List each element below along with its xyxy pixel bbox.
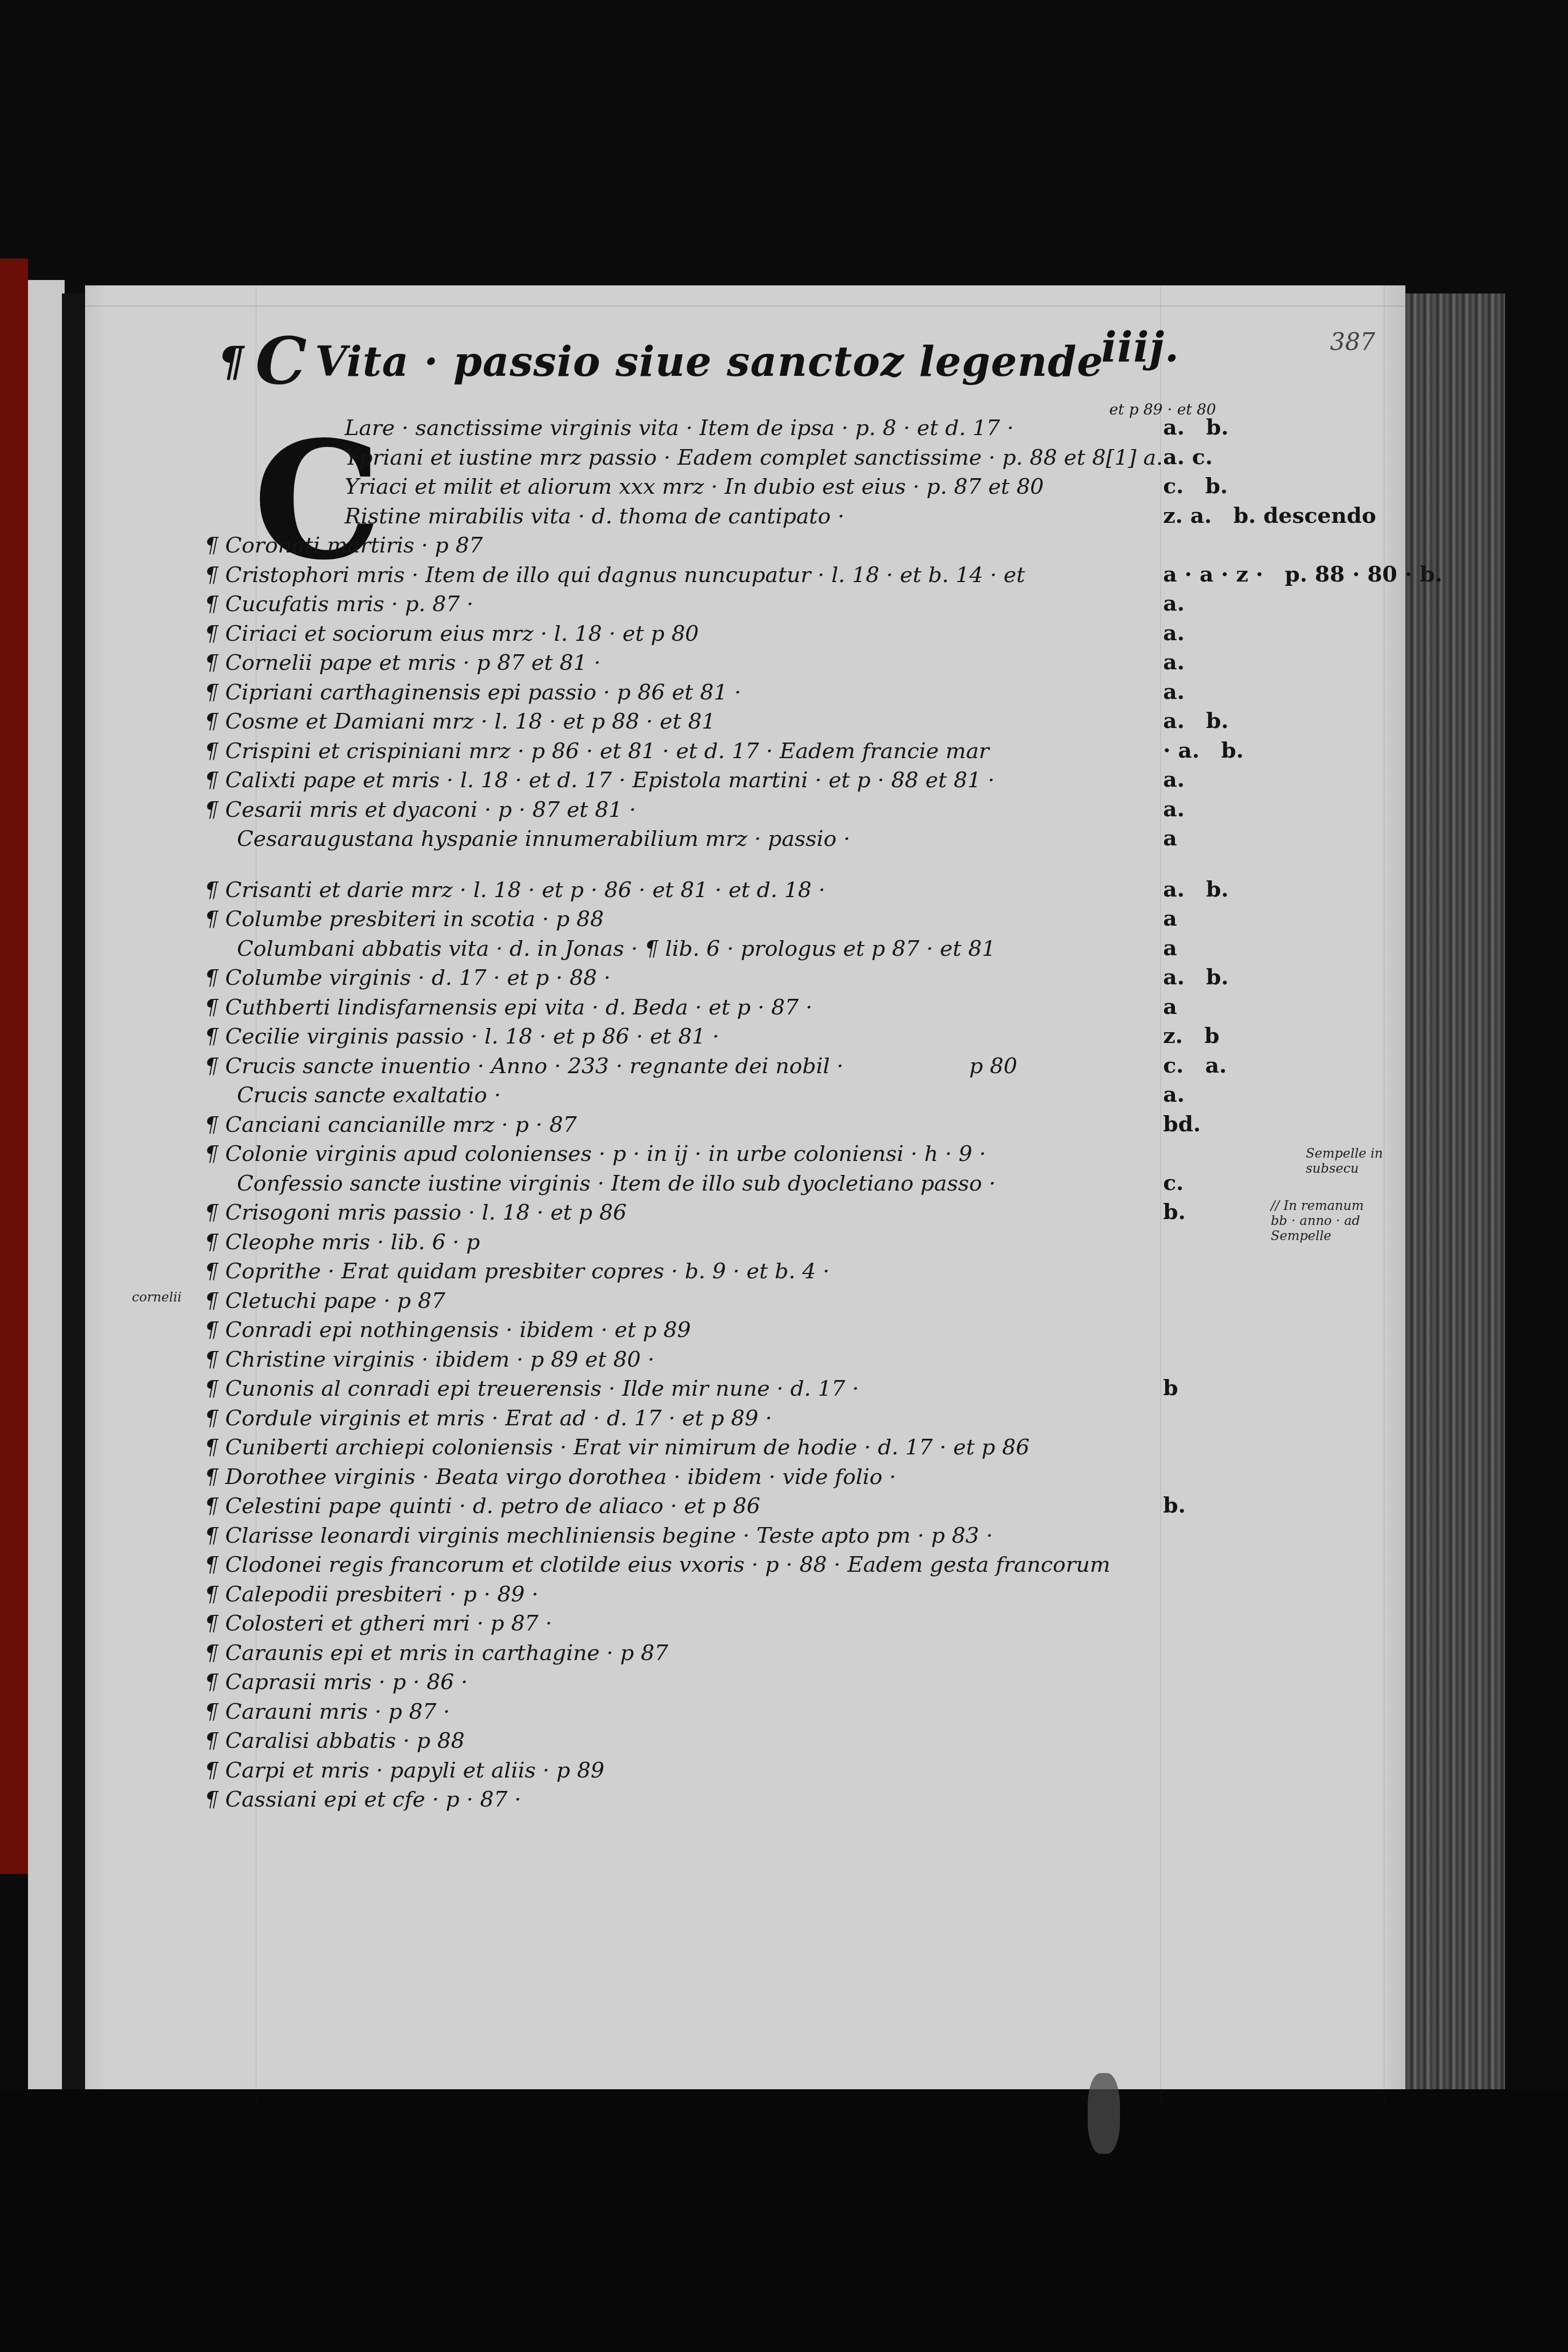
list-item: ¶ Celestini pape quinti · d. petro de al…	[205, 1493, 760, 1520]
list-item: ¶ Cipriani carthaginensis epi passio · p…	[205, 679, 741, 706]
margin-mark: z.b	[1163, 1023, 1220, 1048]
margin-mark: a.	[1163, 649, 1185, 675]
entry-text: ¶ Conradi epi nothingensis · ibidem · et…	[205, 1318, 691, 1342]
entry-text: ¶ Cornelii pape et mris · p 87 et 81 ·	[205, 650, 601, 675]
mark-letter: a.	[1163, 708, 1185, 733]
ruling-line-right	[1384, 285, 1384, 2105]
list-item: ¶ Calepodii presbiteri · p · 89 ·	[205, 1581, 538, 1608]
mark-extra: a.	[1205, 1053, 1227, 1078]
entry-text: ¶ Colonie virginis apud colonienses · p …	[205, 1142, 986, 1166]
entry-text: ¶ Canciani cancianille mrz · p · 87	[205, 1112, 577, 1137]
list-item: Cesaraugustana hyspanie innumerabilium m…	[237, 825, 850, 852]
list-item: ¶ Cesarii mris et dyaconi · p · 87 et 81…	[205, 796, 636, 823]
mark-letter: a · a · z ·	[1163, 562, 1263, 587]
list-item: ¶ Caprasii mris · p · 86 ·	[205, 1669, 468, 1696]
entry-text: ¶ Crisanti et darie mrz · l. 18 · et p ·…	[205, 878, 825, 902]
list-item: ¶ Ciriaci et sociorum eius mrz · l. 18 ·…	[205, 620, 699, 647]
entry-text: ¶ Celestini pape quinti · d. petro de al…	[205, 1494, 760, 1518]
entry-text: ¶ Cristophori mris · Item de illo qui da…	[205, 563, 1025, 587]
margin-mark: b	[1163, 1375, 1178, 1401]
heading-initial: C	[255, 323, 307, 399]
mark-letter: b.	[1163, 1199, 1186, 1224]
margin-mark: a.	[1163, 620, 1185, 646]
list-item: ¶ Crisogoni mris passio · l. 18 · et p 8…	[205, 1199, 627, 1226]
margin-mark: c.	[1163, 1170, 1184, 1195]
entry-text: ¶ Clarisse leonardi virginis mechliniens…	[205, 1523, 993, 1548]
list-item: Crucis sancte exaltatio ·	[237, 1082, 501, 1109]
entry-text: Ypriani et iustine mrz passio · Eadem co…	[345, 445, 1163, 470]
entry-text: ¶ Cletuchi pape · p 87	[205, 1289, 445, 1313]
mark-letter: c.	[1163, 1170, 1184, 1195]
entry-text: ¶ Caprasii mris · p · 86 ·	[205, 1670, 468, 1695]
mark-extra: b.	[1206, 708, 1229, 733]
page-heading: ¶CVita · passio siue sanctoz legende iii…	[218, 323, 1103, 399]
margin-mark: a	[1163, 825, 1177, 851]
list-item: ¶ Clodonei regis francorum et clotilde e…	[205, 1551, 1110, 1578]
list-item: ¶ Clarisse leonardi virginis mechliniens…	[205, 1522, 993, 1549]
list-item: ¶ Cristophori mris · Item de illo qui da…	[205, 562, 1025, 589]
ink-stain	[1088, 2073, 1120, 2154]
mark-letter: a.	[1163, 591, 1185, 616]
list-item: Ristine mirabilis vita · d. thoma de can…	[345, 503, 844, 530]
margin-mark: a.	[1163, 679, 1185, 704]
mark-extra: b.	[1206, 415, 1229, 440]
entry-text: ¶ Crisogoni mris passio · l. 18 · et p 8…	[205, 1200, 627, 1225]
mark-extra: b.	[1205, 473, 1228, 499]
entry-text: ¶ Caralisi abbatis · p 88	[205, 1728, 465, 1753]
entry-text: Cesaraugustana hyspanie innumerabilium m…	[237, 827, 850, 851]
mark-letter: a.	[1163, 877, 1185, 902]
margin-mark: a.	[1163, 591, 1185, 616]
mark-letter: c.	[1163, 473, 1184, 499]
list-item: Columbani abbatis vita · d. in Jonas · ¶…	[237, 935, 996, 962]
entry-text: ¶ Calixti pape et mris · l. 18 · et d. 1…	[205, 768, 995, 793]
margin-mark: a.	[1163, 1082, 1185, 1107]
entry-text: ¶ Dorothee virginis · Beata virgo doroth…	[205, 1465, 896, 1489]
list-item: ¶ Dorothee virginis · Beata virgo doroth…	[205, 1464, 896, 1490]
list-item: Lare · sanctissime virginis vita · Item …	[345, 415, 1014, 442]
mark-letter: b	[1163, 1375, 1178, 1401]
entry-text: ¶ Caraunis epi et mris in carthagine · p…	[205, 1641, 668, 1665]
list-item: ¶ Calixti pape et mris · l. 18 · et d. 1…	[205, 767, 995, 794]
list-item: ¶ Carauni mris · p 87 ·	[205, 1698, 450, 1725]
list-item: ¶ Cornelii pape et mris · p 87 et 81 ·	[205, 649, 601, 676]
mark-letter: a	[1163, 935, 1177, 961]
margin-mark: b.	[1163, 1493, 1186, 1518]
entry-text: ¶ Crispini et crispiniani mrz · p 86 · e…	[205, 739, 989, 764]
list-item: Yriaci et milit et aliorum xxx mrz · In …	[345, 473, 1044, 500]
mark-extra: p. 88 · 80 · b.	[1285, 562, 1443, 587]
entry-text: ¶ Cucufatis mris · p. 87 ·	[205, 592, 473, 617]
mark-letter: a.	[1163, 415, 1185, 440]
list-item: ¶ Columbe virginis · d. 17 · et p · 88 ·	[205, 964, 611, 991]
margin-mark: c.a.	[1163, 1053, 1227, 1078]
list-item: ¶ Christine virginis · ibidem · p 89 et …	[205, 1346, 654, 1373]
entry-text: Lare · sanctissime virginis vita · Item …	[345, 416, 1014, 440]
mark-letter: a	[1163, 906, 1177, 931]
entry-text: ¶ Cuniberti archiepi coloniensis · Erat …	[205, 1435, 1030, 1460]
mark-letter: b.	[1163, 1493, 1186, 1518]
entry-text: ¶ Ciriaci et sociorum eius mrz · l. 18 ·…	[205, 621, 699, 646]
list-item: ¶ Carpi et mris · papyli et aliis · p 89	[205, 1757, 604, 1784]
list-item: Confessio sancte iustine virginis · Item…	[237, 1170, 996, 1197]
list-item: ¶ Cordule virginis et mris · Erat ad · d…	[205, 1405, 772, 1432]
red-cover-edge	[0, 258, 28, 1874]
list-item: ¶ Crucis sancte inuentio · Anno · 233 · …	[205, 1053, 844, 1080]
mark-letter: a.	[1163, 620, 1185, 646]
mark-extra: b.	[1206, 877, 1229, 902]
binding-gutter	[62, 293, 86, 2103]
list-item: ¶ Crisanti et darie mrz · l. 18 · et p ·…	[205, 877, 825, 904]
list-item: ¶ Colonie virginis apud colonienses · p …	[205, 1140, 986, 1167]
list-item: ¶ Canciani cancianille mrz · p · 87	[205, 1111, 577, 1138]
mark-letter: a. c.	[1163, 444, 1213, 470]
folio-number: 387	[1330, 328, 1375, 356]
entry-text: Confessio sancte iustine virginis · Item…	[237, 1171, 996, 1196]
margin-mark: z. a.b. descendo	[1163, 503, 1376, 528]
mark-letter: a	[1163, 994, 1177, 1019]
entry-text: ¶ Cecilie virginis passio · l. 18 · et p…	[205, 1024, 719, 1049]
entry-text: ¶ Carauni mris · p 87 ·	[205, 1699, 450, 1724]
list-item: ¶ Cunonis al conradi epi treuerensis · I…	[205, 1375, 859, 1402]
entry-text: ¶ Columbe presbiteri in scotia · p 88	[205, 907, 604, 932]
entry-text: ¶ Clodonei regis francorum et clotilde e…	[205, 1552, 1110, 1577]
list-item: ¶ Cucufatis mris · p. 87 ·	[205, 591, 473, 618]
mark-extra: b.	[1221, 738, 1244, 763]
list-item: ¶ Cletuchi pape · p 87	[205, 1287, 445, 1314]
dark-background	[0, 2089, 1568, 2352]
entry-text: ¶ Cesarii mris et dyaconi · p · 87 et 81…	[205, 797, 636, 822]
mark-letter: c.	[1163, 1053, 1184, 1078]
mark-letter: a.	[1163, 679, 1185, 704]
list-item: ¶ Caraunis epi et mris in carthagine · p…	[205, 1640, 668, 1667]
list-item: ¶ Cosme et Damiani mrz · l. 18 · et p 88…	[205, 708, 716, 735]
margin-mark: a	[1163, 935, 1177, 961]
ruling-line-top	[85, 306, 1405, 306]
list-item: ¶ Conradi epi nothingensis · ibidem · et…	[205, 1317, 691, 1343]
margin-mark: a · a · z ·p. 88 · 80 · b.	[1163, 562, 1443, 587]
margin-mark: a. c.	[1163, 444, 1213, 470]
margin-mark: a.b.	[1163, 964, 1229, 990]
facing-page-edge	[28, 280, 65, 2100]
entry-text: ¶ Coronati martiris · p 87	[205, 533, 483, 558]
margin-mark: bd.	[1163, 1111, 1201, 1137]
margin-mark: a	[1163, 994, 1177, 1019]
margin-mark: a.b.	[1163, 877, 1229, 902]
mark-letter: bd.	[1163, 1111, 1201, 1137]
entry-text: ¶ Crucis sancte inuentio · Anno · 233 · …	[205, 1054, 844, 1079]
margin-mark: c.b.	[1163, 473, 1228, 499]
ruling-line-margin	[1160, 285, 1161, 2105]
entry-text: Columbani abbatis vita · d. in Jonas · ¶…	[237, 936, 996, 961]
mark-letter: · a.	[1163, 738, 1200, 763]
entry-text: ¶ Cipriani carthaginensis epi passio · p…	[205, 680, 741, 705]
mark-letter: a	[1163, 825, 1177, 851]
margin-mark: a.b.	[1163, 415, 1229, 440]
mark-letter: a.	[1163, 1082, 1185, 1107]
entry-text: ¶ Christine virginis · ibidem · p 89 et …	[205, 1347, 654, 1372]
section-number: iiij.	[1101, 323, 1180, 371]
entry-text: ¶ Colosteri et gtheri mri · p 87 ·	[205, 1611, 552, 1636]
list-item: ¶ Cuniberti archiepi coloniensis · Erat …	[205, 1434, 1030, 1461]
mark-letter: a.	[1163, 767, 1185, 792]
list-item: ¶ Cassiani epi et cfe · p · 87 ·	[205, 1786, 521, 1813]
marginal-note: // In remanum bb · anno · ad Sempelle	[1271, 1198, 1364, 1243]
mark-letter: a.	[1163, 796, 1185, 822]
entry-text: ¶ Cuthberti lindisfarnensis epi vita · d…	[205, 995, 813, 1020]
entry-text: ¶ Coprithe · Erat quidam presbiter copre…	[205, 1259, 830, 1284]
mark-letter: a.	[1163, 964, 1185, 990]
marginal-note: cornelii	[132, 1290, 181, 1305]
mark-letter: z.	[1163, 1023, 1183, 1048]
list-item: ¶ Crispini et crispiniani mrz · p 86 · e…	[205, 738, 989, 765]
entry-text: Ristine mirabilis vita · d. thoma de can…	[345, 504, 844, 529]
mark-letter: a.	[1163, 649, 1185, 675]
entry-text: Crucis sancte exaltatio ·	[237, 1083, 501, 1108]
entry-text: ¶ Cordule virginis et mris · Erat ad · d…	[205, 1406, 772, 1431]
entry-text: ¶ Cassiani epi et cfe · p · 87 ·	[205, 1787, 521, 1812]
entry-text: ¶ Cleophe mris · lib. 6 · p	[205, 1230, 480, 1255]
mark-extra: b.	[1206, 964, 1229, 990]
pilcrow-mark: ¶	[218, 338, 244, 386]
entry-text: ¶ Cunonis al conradi epi treuerensis · I…	[205, 1376, 859, 1401]
list-item: ¶ Cleophe mris · lib. 6 · p	[205, 1229, 480, 1256]
list-item: ¶ Caralisi abbatis · p 88	[205, 1727, 465, 1754]
margin-mark: a.	[1163, 767, 1185, 792]
list-item: ¶ Coprithe · Erat quidam presbiter copre…	[205, 1258, 830, 1285]
entry-text: ¶ Carpi et mris · papyli et aliis · p 89	[205, 1758, 604, 1783]
list-item: ¶ Colosteri et gtheri mri · p 87 ·	[205, 1610, 552, 1637]
heading-title: Vita · passio siue sanctoz legende	[315, 338, 1103, 386]
entry-page-ref: p 80	[969, 1053, 1017, 1080]
entry-text: ¶ Calepodii presbiteri · p · 89 ·	[205, 1582, 538, 1607]
mark-letter: z. a.	[1163, 503, 1212, 528]
list-item: ¶ Coronati martiris · p 87	[205, 532, 483, 559]
entry-text: ¶ Columbe virginis · d. 17 · et p · 88 ·	[205, 965, 611, 990]
list-item: ¶ Cuthberti lindisfarnensis epi vita · d…	[205, 994, 813, 1021]
margin-mark: a.	[1163, 796, 1185, 822]
list-item: ¶ Cecilie virginis passio · l. 18 · et p…	[205, 1023, 719, 1050]
mark-extra: b. descendo	[1233, 503, 1376, 528]
entry-text: Yriaci et milit et aliorum xxx mrz · In …	[345, 474, 1044, 499]
marginal-note: Sempelle in subsecu	[1306, 1146, 1383, 1176]
list-item: Ypriani et iustine mrz passio · Eadem co…	[345, 444, 1163, 471]
mark-extra: b	[1205, 1023, 1220, 1048]
entry-text: ¶ Cosme et Damiani mrz · l. 18 · et p 88…	[205, 709, 716, 734]
margin-mark: b.	[1163, 1199, 1186, 1224]
list-item: ¶ Columbe presbiteri in scotia · p 88	[205, 906, 604, 933]
margin-mark: a.b.	[1163, 708, 1229, 733]
margin-mark: · a.b.	[1163, 738, 1244, 763]
margin-mark: a	[1163, 906, 1177, 931]
